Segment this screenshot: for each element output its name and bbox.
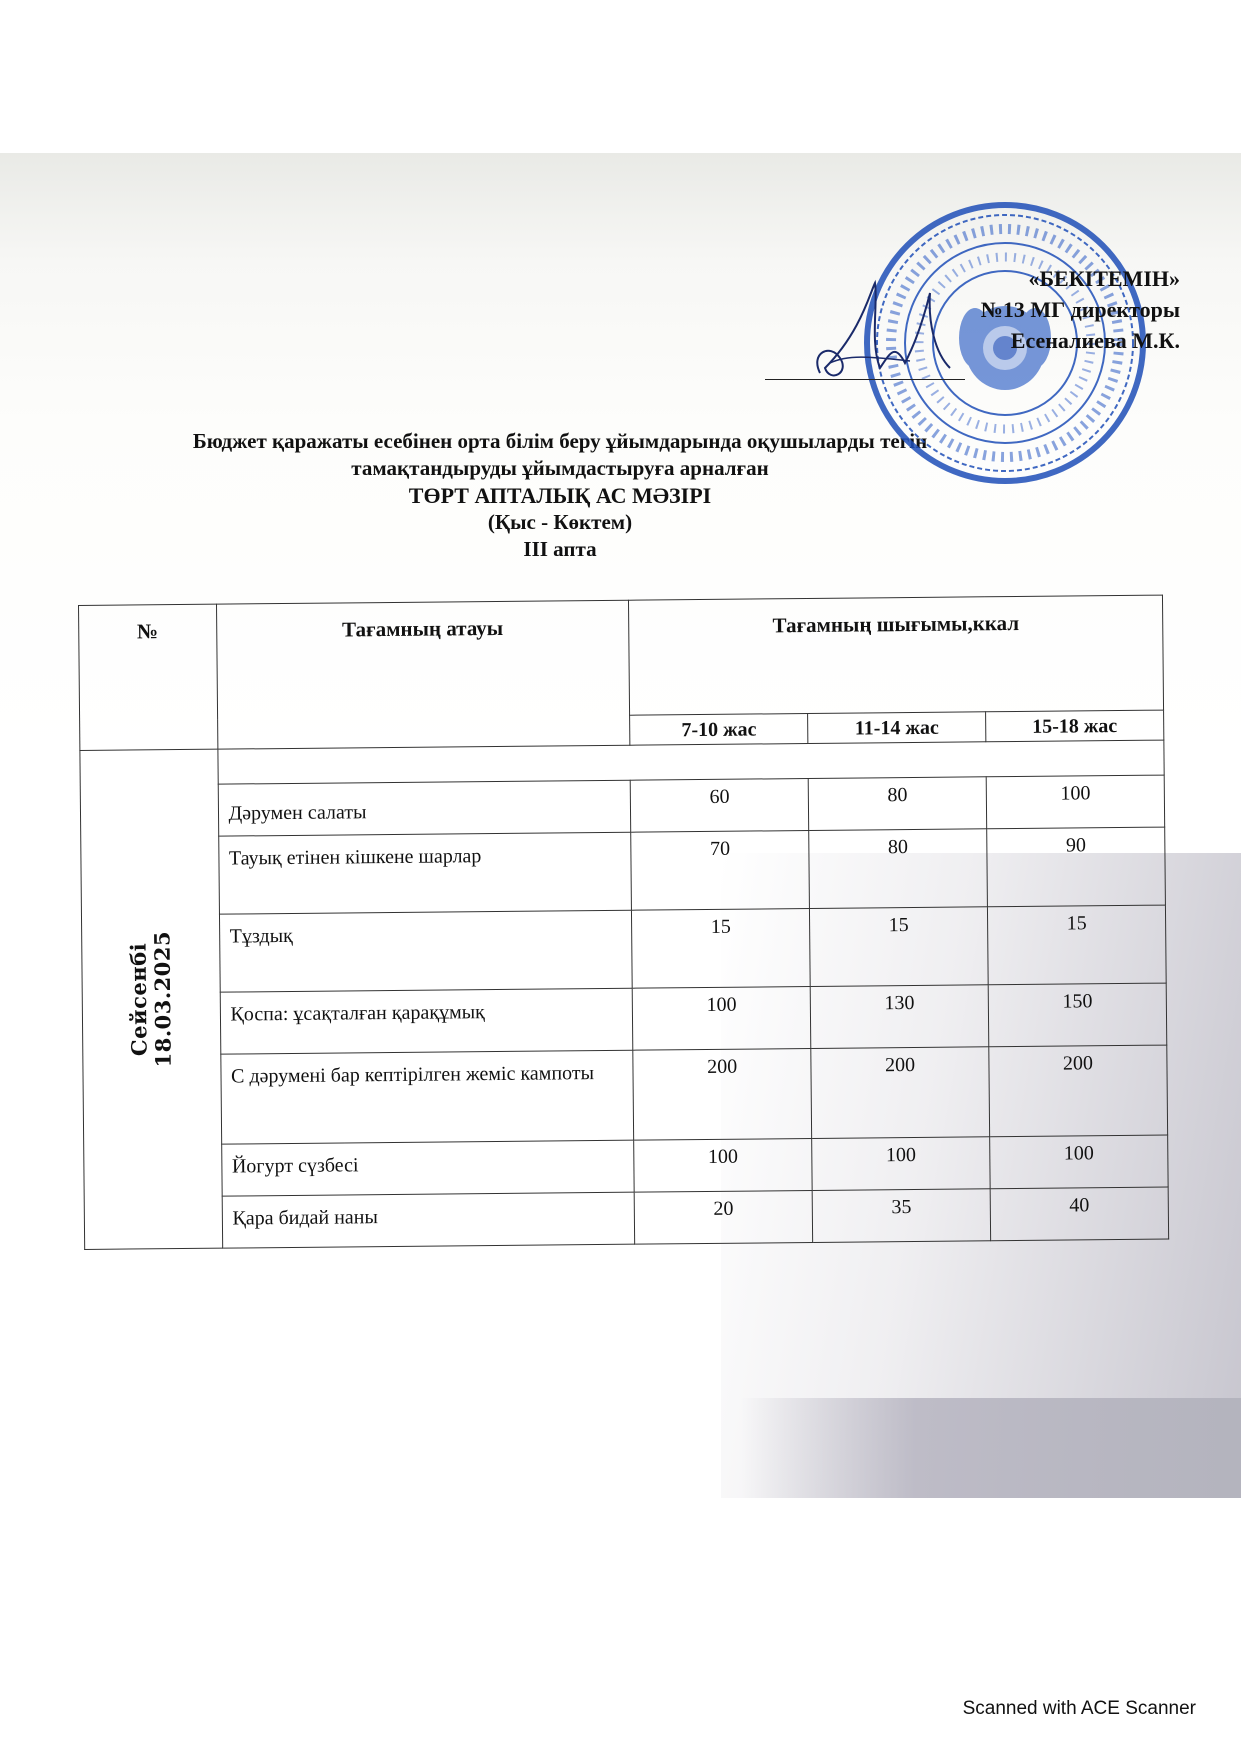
table-header-row: № Тағамның атауы Тағамның шығымы,ккал	[79, 595, 1164, 720]
dish-name: Қара бидай наны	[222, 1192, 635, 1248]
scanner-watermark: Scanned with ACE Scanner	[963, 1698, 1196, 1720]
header-dish-name: Тағамның атауы	[216, 600, 630, 749]
value-7-10: 100	[634, 1138, 812, 1192]
value-7-10: 15	[632, 908, 811, 988]
age-group-11-14: 11-14 жас	[808, 712, 986, 744]
scanned-page: «БЕКІТЕМІН» №13 МГ директоры Есеналиева …	[0, 153, 1241, 1498]
value-11-14: 100	[812, 1137, 990, 1191]
table-row: С дәрумені бар кептірілген жеміс кампоты…	[83, 1045, 1168, 1145]
value-15-18: 90	[987, 827, 1166, 907]
dish-name: Йогурт сүзбесі	[221, 1140, 634, 1196]
value-15-18: 150	[988, 983, 1167, 1047]
value-15-18: 100	[986, 775, 1164, 829]
value-7-10: 70	[631, 830, 810, 910]
value-11-14: 35	[812, 1189, 990, 1243]
value-11-14: 15	[810, 907, 989, 987]
value-11-14: 130	[810, 985, 989, 1049]
table-row: Қара бидай наны 20 35 40	[84, 1187, 1168, 1249]
dish-name: С дәрумені бар кептірілген жеміс кампоты	[220, 1050, 634, 1144]
header-number: №	[79, 604, 218, 750]
menu-table: № Тағамның атауы Тағамның шығымы,ккал 7-…	[78, 595, 1169, 1250]
season-label: (Қыс - Көктем)	[60, 509, 1060, 536]
week-label: III апта	[60, 536, 1060, 563]
day-label: Сейсенбі 18.03.2025	[126, 931, 175, 1068]
day-cell: Сейсенбі 18.03.2025	[80, 749, 222, 1249]
table-row: Тұздық 15 15 15	[81, 905, 1166, 993]
photo-shadow-bottom	[741, 1398, 1241, 1498]
value-11-14: 80	[808, 777, 986, 831]
header-output: Тағамның шығымы,ккал	[629, 595, 1164, 715]
day-date: 18.03.2025	[150, 931, 175, 1068]
value-7-10: 200	[633, 1048, 812, 1140]
value-15-18: 40	[990, 1187, 1168, 1241]
value-7-10: 100	[632, 986, 811, 1050]
value-11-14: 80	[809, 829, 988, 909]
value-15-18: 200	[989, 1045, 1168, 1137]
value-7-10: 60	[630, 778, 808, 832]
table-row: Қоспа: ұсақталған қарақұмық 100 130 150	[82, 983, 1167, 1055]
value-7-10: 20	[634, 1190, 812, 1244]
day-weekday: Сейсенбі	[126, 931, 151, 1068]
dish-name: Тұздық	[219, 910, 632, 992]
table-row: Тауық етінен кішкене шарлар 70 80 90	[81, 827, 1166, 915]
age-group-7-10: 7-10 жас	[630, 714, 808, 746]
signature-icon	[800, 273, 960, 393]
value-15-18: 15	[988, 905, 1167, 985]
value-15-18: 100	[990, 1135, 1168, 1189]
dish-name: Тауық етінен кішкене шарлар	[218, 832, 631, 914]
dish-name: Дәрумен салаты	[218, 780, 631, 836]
age-group-15-18: 15-18 жас	[986, 710, 1164, 742]
dish-name: Қоспа: ұсақталған қарақұмық	[220, 988, 633, 1054]
value-11-14: 200	[811, 1047, 990, 1139]
